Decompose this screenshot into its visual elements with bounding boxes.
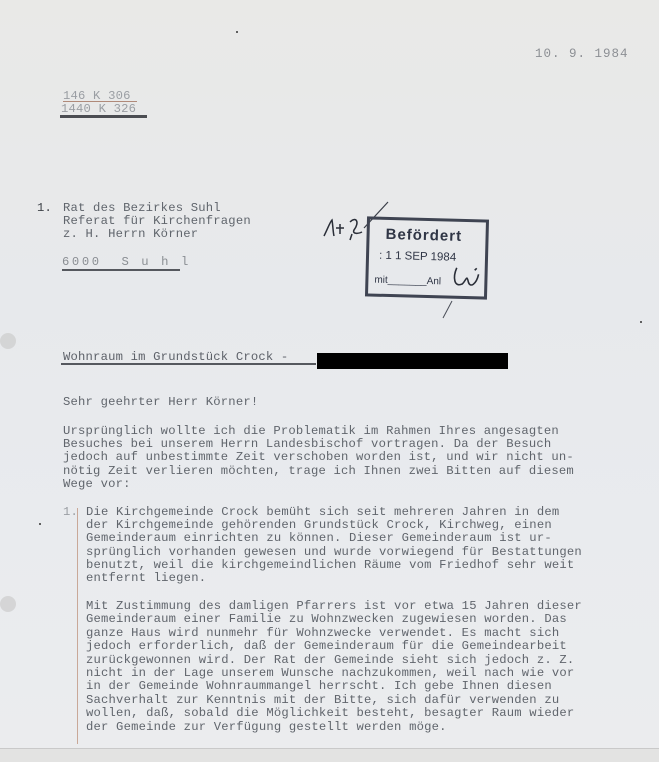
margin-mark <box>77 508 78 744</box>
scanned-letter-page: 10. 9. 1984 146 K 306 1440 K 326 1. Rat … <box>0 0 659 748</box>
reference-underline <box>60 115 147 118</box>
punch-hole <box>0 333 16 349</box>
punch-hole <box>0 596 16 612</box>
recipient-number: 1. <box>37 202 52 215</box>
speck <box>39 523 41 525</box>
subject-underline <box>61 363 316 365</box>
speck <box>236 31 238 33</box>
salutation: Sehr geehrter Herr Körner! <box>63 396 258 409</box>
redaction-bar <box>317 353 508 369</box>
stamp-title: Befördert <box>385 226 462 245</box>
pen-stroke <box>440 300 456 320</box>
letter-date: 10. 9. 1984 <box>535 48 629 61</box>
item-number: 1. <box>63 506 78 519</box>
item-paragraph: Mit Zustimmung des damligen Pfarrers ist… <box>86 600 582 734</box>
recipient-city: 6000 S u h l <box>62 256 191 269</box>
scan-bottom-edge <box>0 748 659 762</box>
speck <box>640 321 642 323</box>
stamp-signature <box>450 264 483 293</box>
item-paragraph: Die Kirchgemeinde Crock bemüht sich seit… <box>86 506 582 585</box>
intro-paragraph: Ursprünglich wollte ich die Problematik … <box>63 425 574 491</box>
forwarded-stamp: Befördert : 1 1 SEP 1984 mit_______Anl <box>365 216 489 299</box>
stamp-date: : 1 1 SEP 1984 <box>379 250 456 264</box>
stamp-attachment-label: mit_______Anl <box>374 275 441 288</box>
city-underline <box>62 269 180 271</box>
recipient-line: z. H. Herrn Körner <box>63 228 198 241</box>
